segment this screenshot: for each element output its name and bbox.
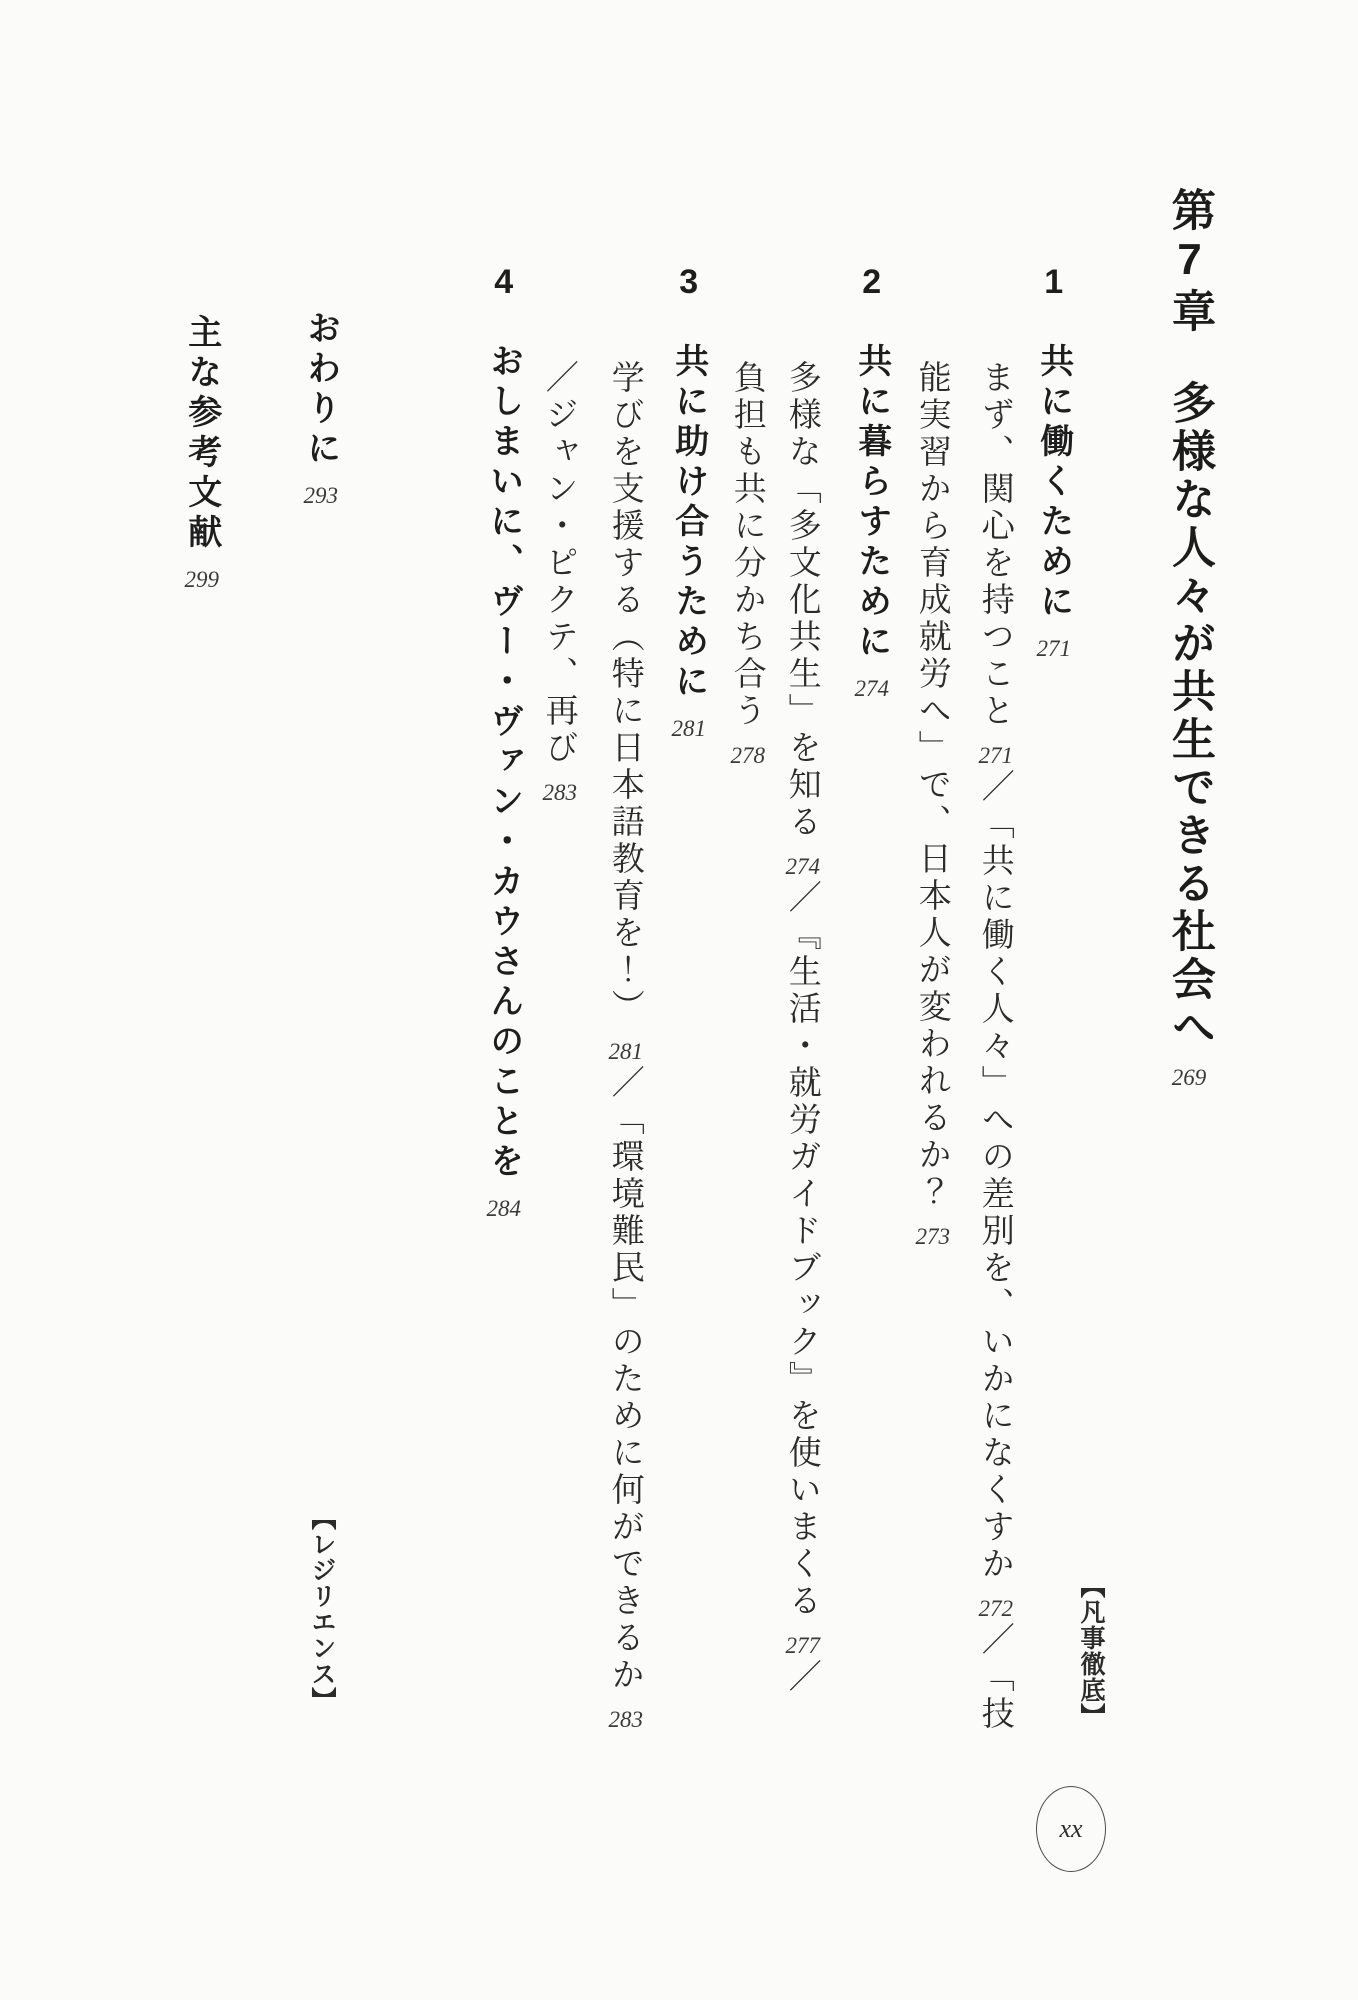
toc-column-section-1-sub-col-1: まず、関心を持つこと271／「共に働く人々」への差別を、いかになくすか272／「… <box>973 360 1013 1733</box>
page-number: 278 <box>731 744 766 767</box>
page-number: 277 <box>786 1634 821 1657</box>
toc-column-afterword: おわりに293 <box>296 310 338 509</box>
page-number: 281 <box>672 717 707 740</box>
upright-glyph: ／ <box>785 1659 822 1696</box>
page-number: 269 <box>1172 1066 1207 1089</box>
page-number: 272 <box>979 1597 1014 1620</box>
spacer <box>1053 307 1055 343</box>
upright-glyph: 7 <box>1165 235 1214 288</box>
spacer <box>1188 336 1190 380</box>
upright-glyph: ！ <box>608 952 645 989</box>
upright-glyph: ／ <box>978 1622 1015 1659</box>
toc-column-section-3-sub-col-2: ／ジャン・ピクテ、再び283 <box>537 360 577 806</box>
folio-text: xx <box>1059 1814 1082 1844</box>
page-number: 293 <box>304 484 339 507</box>
upright-glyph: 2 <box>853 263 891 307</box>
upright-glyph: ／ <box>608 1065 645 1102</box>
toc-column-section-2-heading: 2共に暮らすために274 <box>847 263 889 702</box>
page-number: 283 <box>609 1708 644 1731</box>
page-number: 284 <box>487 1197 522 1220</box>
upright-glyph: ／ <box>785 880 822 917</box>
upright-glyph: ／ <box>978 769 1015 806</box>
book-page: xx 第7章多様な人々が共生できる社会へ269【凡事徹底】1共に働くために271… <box>0 0 1358 2000</box>
spacer <box>688 307 690 343</box>
toc-column-chapter-keyword-tag: 【凡事徹底】 <box>1071 1573 1103 1729</box>
toc-column-bibliography: 主な参考文献299 <box>177 314 219 593</box>
upright-glyph: ／ <box>542 360 579 397</box>
page-number: 271 <box>1037 637 1072 660</box>
toc-column-section-2-sub-col-2: 負担も共に分かち合う278 <box>725 360 765 769</box>
spacer <box>871 307 873 343</box>
page-number: 273 <box>916 1225 951 1248</box>
toc-column-section-2-sub-col-1: 多様な「多文化共生」を知る274／『生活・就労ガイドブック』を使いまくる277／ <box>780 360 820 1696</box>
toc-column-section-3-sub-col-1: 学びを支援する（特に日本語教育を！）281／「環境難民」のために何ができるか28… <box>603 360 643 1733</box>
upright-glyph: 4 <box>485 263 523 307</box>
spacer <box>503 307 505 343</box>
toc-column-section-1-heading: 1共に働くために271 <box>1029 263 1071 662</box>
folio-circle: xx <box>1036 1786 1106 1872</box>
page-number: 299 <box>185 568 220 591</box>
toc-column-section-4-heading: 4おしまいに、ヴー・ヴァン・カウさんのことを284 <box>479 263 521 1222</box>
page-number: 274 <box>855 677 890 700</box>
toc-column-section-3-heading: 3共に助け合うために281 <box>664 263 706 742</box>
page-number: 281 <box>609 1040 644 1063</box>
page-number: 271 <box>979 744 1014 767</box>
toc-column-afterword-keyword-tag: 【レジリエンス】 <box>302 1505 334 1713</box>
toc-column-chapter-title: 第7章多様な人々が共生できる社会へ269 <box>1161 187 1211 1091</box>
page-number: 283 <box>543 781 578 804</box>
toc-column-section-1-sub-col-2: 能実習から育成就労へ」で、日本人が変われるか？273 <box>910 360 950 1250</box>
upright-glyph: ？ <box>915 1174 952 1211</box>
upright-glyph: 3 <box>670 263 708 307</box>
page-number: 274 <box>786 855 821 878</box>
upright-glyph: 1 <box>1035 263 1073 307</box>
